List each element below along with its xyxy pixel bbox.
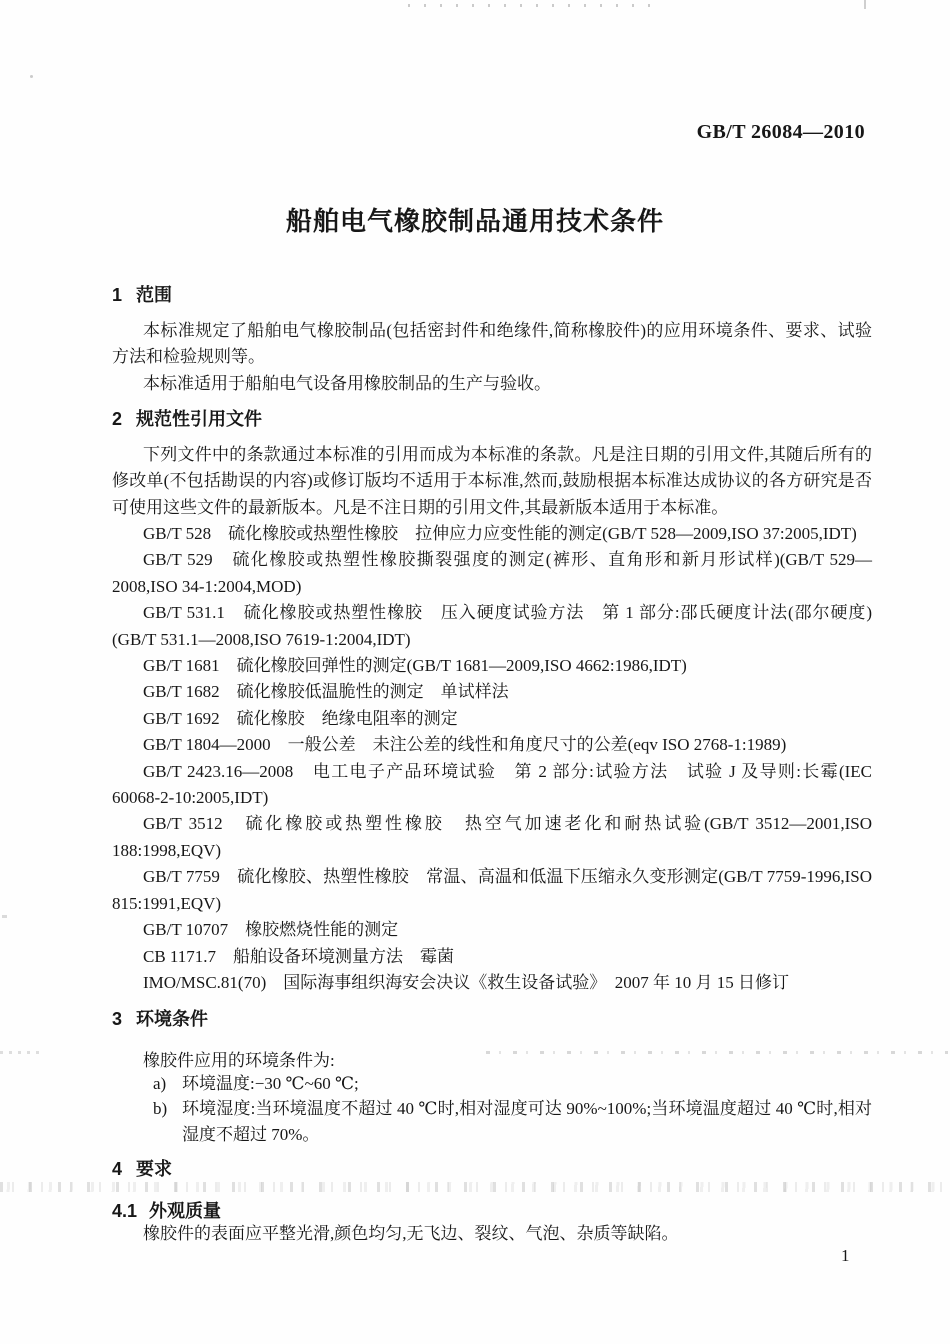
section-number: 2	[112, 409, 122, 429]
document-page: GB/T 26084—2010 船舶电气橡胶制品通用技术条件 1范围 本标准规定…	[0, 0, 950, 1344]
section-number: 4	[112, 1159, 122, 1179]
paragraph: 本标准规定了船舶电气橡胶制品(包括密封件和绝缘件,简称橡胶件)的应用环境条件、要…	[112, 318, 872, 371]
page-number: 1	[841, 1246, 850, 1266]
section-label: 外观质量	[149, 1201, 221, 1221]
section-number: 1	[112, 285, 122, 305]
section-label: 环境条件	[136, 1009, 208, 1029]
section-heading-environment: 3环境条件	[112, 1006, 872, 1032]
reference-item: GB/T 7759 硫化橡胶、热塑性橡胶 常温、高温和低温下压缩永久变形测定(G…	[112, 864, 872, 917]
section-heading-scope: 1范围	[112, 282, 872, 308]
section-heading-normative-references: 2规范性引用文件	[112, 406, 872, 432]
list-text: 环境温度:−30 ℃~60 ℃;	[182, 1071, 872, 1097]
references-list: GB/T 528 硫化橡胶或热塑性橡胶 拉伸应力应变性能的测定(GB/T 528…	[112, 521, 872, 996]
scan-artifact	[0, 1051, 44, 1054]
paragraph: 下列文件中的条款通过本标准的引用而成为本标准的条款。凡是注日期的引用文件,其随后…	[112, 442, 872, 521]
reference-item: GB/T 1804—2000 一般公差 未注公差的线性和角度尺寸的公差(eqv …	[112, 732, 872, 758]
list-text: 环境湿度:当环境温度不超过 40 ℃时,相对湿度可达 90%~100%;当环境温…	[182, 1096, 872, 1149]
section-number: 4.1	[112, 1201, 137, 1221]
list-marker: b)	[153, 1096, 182, 1149]
list-marker: a)	[153, 1071, 182, 1097]
reference-item: GB/T 10707 橡胶燃烧性能的测定	[112, 917, 872, 943]
references-intro: 下列文件中的条款通过本标准的引用而成为本标准的条款。凡是注日期的引用文件,其随后…	[112, 442, 872, 521]
document-title: 船舶电气橡胶制品通用技术条件	[0, 201, 950, 238]
scan-artifact	[30, 75, 33, 78]
section-number: 3	[112, 1009, 122, 1029]
reference-item: GB/T 3512 硫化橡胶或热塑性橡胶 热空气加速老化和耐热试验(GB/T 3…	[112, 811, 872, 864]
section-label: 范围	[136, 285, 172, 305]
standard-number: GB/T 26084—2010	[697, 121, 865, 144]
scope-body: 本标准规定了船舶电气橡胶制品(包括密封件和绝缘件,简称橡胶件)的应用环境条件、要…	[112, 318, 872, 397]
scan-artifact	[408, 4, 658, 7]
scan-artifact	[2, 915, 7, 918]
reference-item: GB/T 528 硫化橡胶或热塑性橡胶 拉伸应力应变性能的测定(GB/T 528…	[112, 521, 872, 547]
reference-item: GB/T 529 硫化橡胶或热塑性橡胶撕裂强度的测定(裤形、直角形和新月形试样)…	[112, 547, 872, 600]
scan-artifact	[864, 0, 866, 9]
reference-item: GB/T 531.1 硫化橡胶或热塑性橡胶 压入硬度试验方法 第 1 部分:邵氏…	[112, 600, 872, 653]
section-label: 要求	[136, 1159, 172, 1179]
reference-item: GB/T 1682 硫化橡胶低温脆性的测定 单试样法	[112, 679, 872, 705]
reference-item: GB/T 2423.16—2008 电工电子产品环境试验 第 2 部分:试验方法…	[112, 759, 872, 812]
reference-item: GB/T 1692 硫化橡胶 绝缘电阻率的测定	[112, 706, 872, 732]
section-heading-requirements: 4要求	[112, 1156, 872, 1182]
reference-item: GB/T 1681 硫化橡胶回弹性的测定(GB/T 1681—2009,ISO …	[112, 653, 872, 679]
reference-item: CB 1171.7 船舶设备环境测量方法 霉菌	[112, 944, 872, 970]
reference-item: IMO/MSC.81(70) 国际海事组织海安会决议《救生设备试验》 2007 …	[112, 970, 872, 996]
list-item-a: a) 环境温度:−30 ℃~60 ℃;	[153, 1071, 872, 1097]
paragraph: 本标准适用于船舶电气设备用橡胶制品的生产与验收。	[112, 371, 872, 397]
scan-artifact	[0, 1182, 950, 1192]
list-item-b: b) 环境湿度:当环境温度不超过 40 ℃时,相对湿度可达 90%~100%;当…	[153, 1096, 872, 1149]
paragraph: 橡胶件的表面应平整光滑,颜色均匀,无飞边、裂纹、气泡、杂质等缺陷。	[112, 1221, 872, 1247]
appearance-body: 橡胶件的表面应平整光滑,颜色均匀,无飞边、裂纹、气泡、杂质等缺陷。	[112, 1221, 872, 1247]
section-label: 规范性引用文件	[136, 409, 262, 429]
